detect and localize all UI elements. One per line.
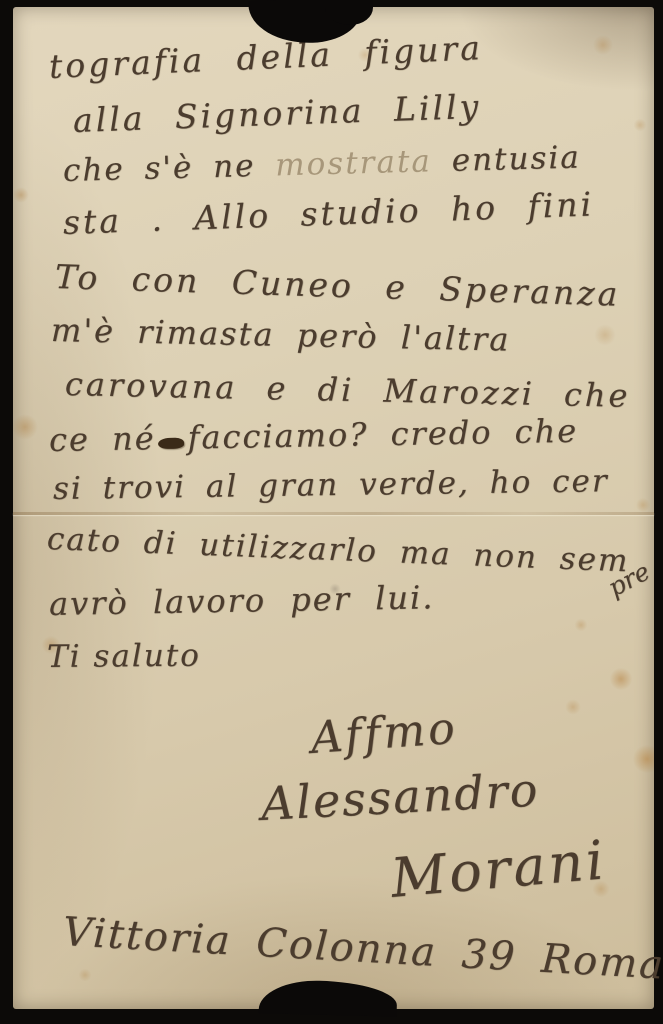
letter-line-10: cato di utilizzarlo ma non sem bbox=[46, 521, 630, 579]
ink-blot bbox=[158, 438, 184, 449]
line-3-before: che s'è ne bbox=[63, 147, 276, 189]
letter-line-7: carovana e di Marozzi che bbox=[65, 365, 631, 415]
letter-line-11: avrò lavoro per lui. bbox=[49, 578, 435, 623]
letter-line-2: alla Signorina Lilly bbox=[72, 87, 481, 140]
letter-paper: tografia della figura alla Signorina Lil… bbox=[13, 7, 654, 1009]
faint-pencil-word: mostrata bbox=[275, 143, 433, 183]
line-8-before: ce né bbox=[49, 419, 156, 459]
letter-line-5: To con Cuneo e Speranza bbox=[54, 257, 621, 314]
address-line: Vittoria Colonna 39 Roma bbox=[62, 909, 663, 989]
signature-last-name: Morani bbox=[388, 828, 609, 910]
letter-photo: tografia della figura alla Signorina Lil… bbox=[0, 0, 663, 1024]
letter-closing-salutation: Ti saluto bbox=[47, 638, 201, 675]
letter-line-1: tografia della figura bbox=[48, 28, 483, 86]
handwriting: tografia della figura alla Signorina Lil… bbox=[13, 7, 654, 1009]
letter-line-6: m'è rimasta però l'altra bbox=[51, 311, 511, 359]
signature-first-name: Alessandro bbox=[260, 762, 541, 831]
signature-closing: Affmo bbox=[309, 703, 459, 764]
line-3-after: entusia bbox=[431, 139, 581, 179]
letter-line-3: che s'è ne mostrata entusia bbox=[63, 139, 582, 189]
letter-line-8: ce néfacciamo? credo che bbox=[49, 412, 579, 459]
line-8-after: facciamo? credo che bbox=[187, 412, 578, 457]
letter-line-9: si trovi al gran verde, ho cer bbox=[53, 463, 609, 507]
letter-line-4: sta . Allo studio ho fini bbox=[62, 184, 594, 242]
